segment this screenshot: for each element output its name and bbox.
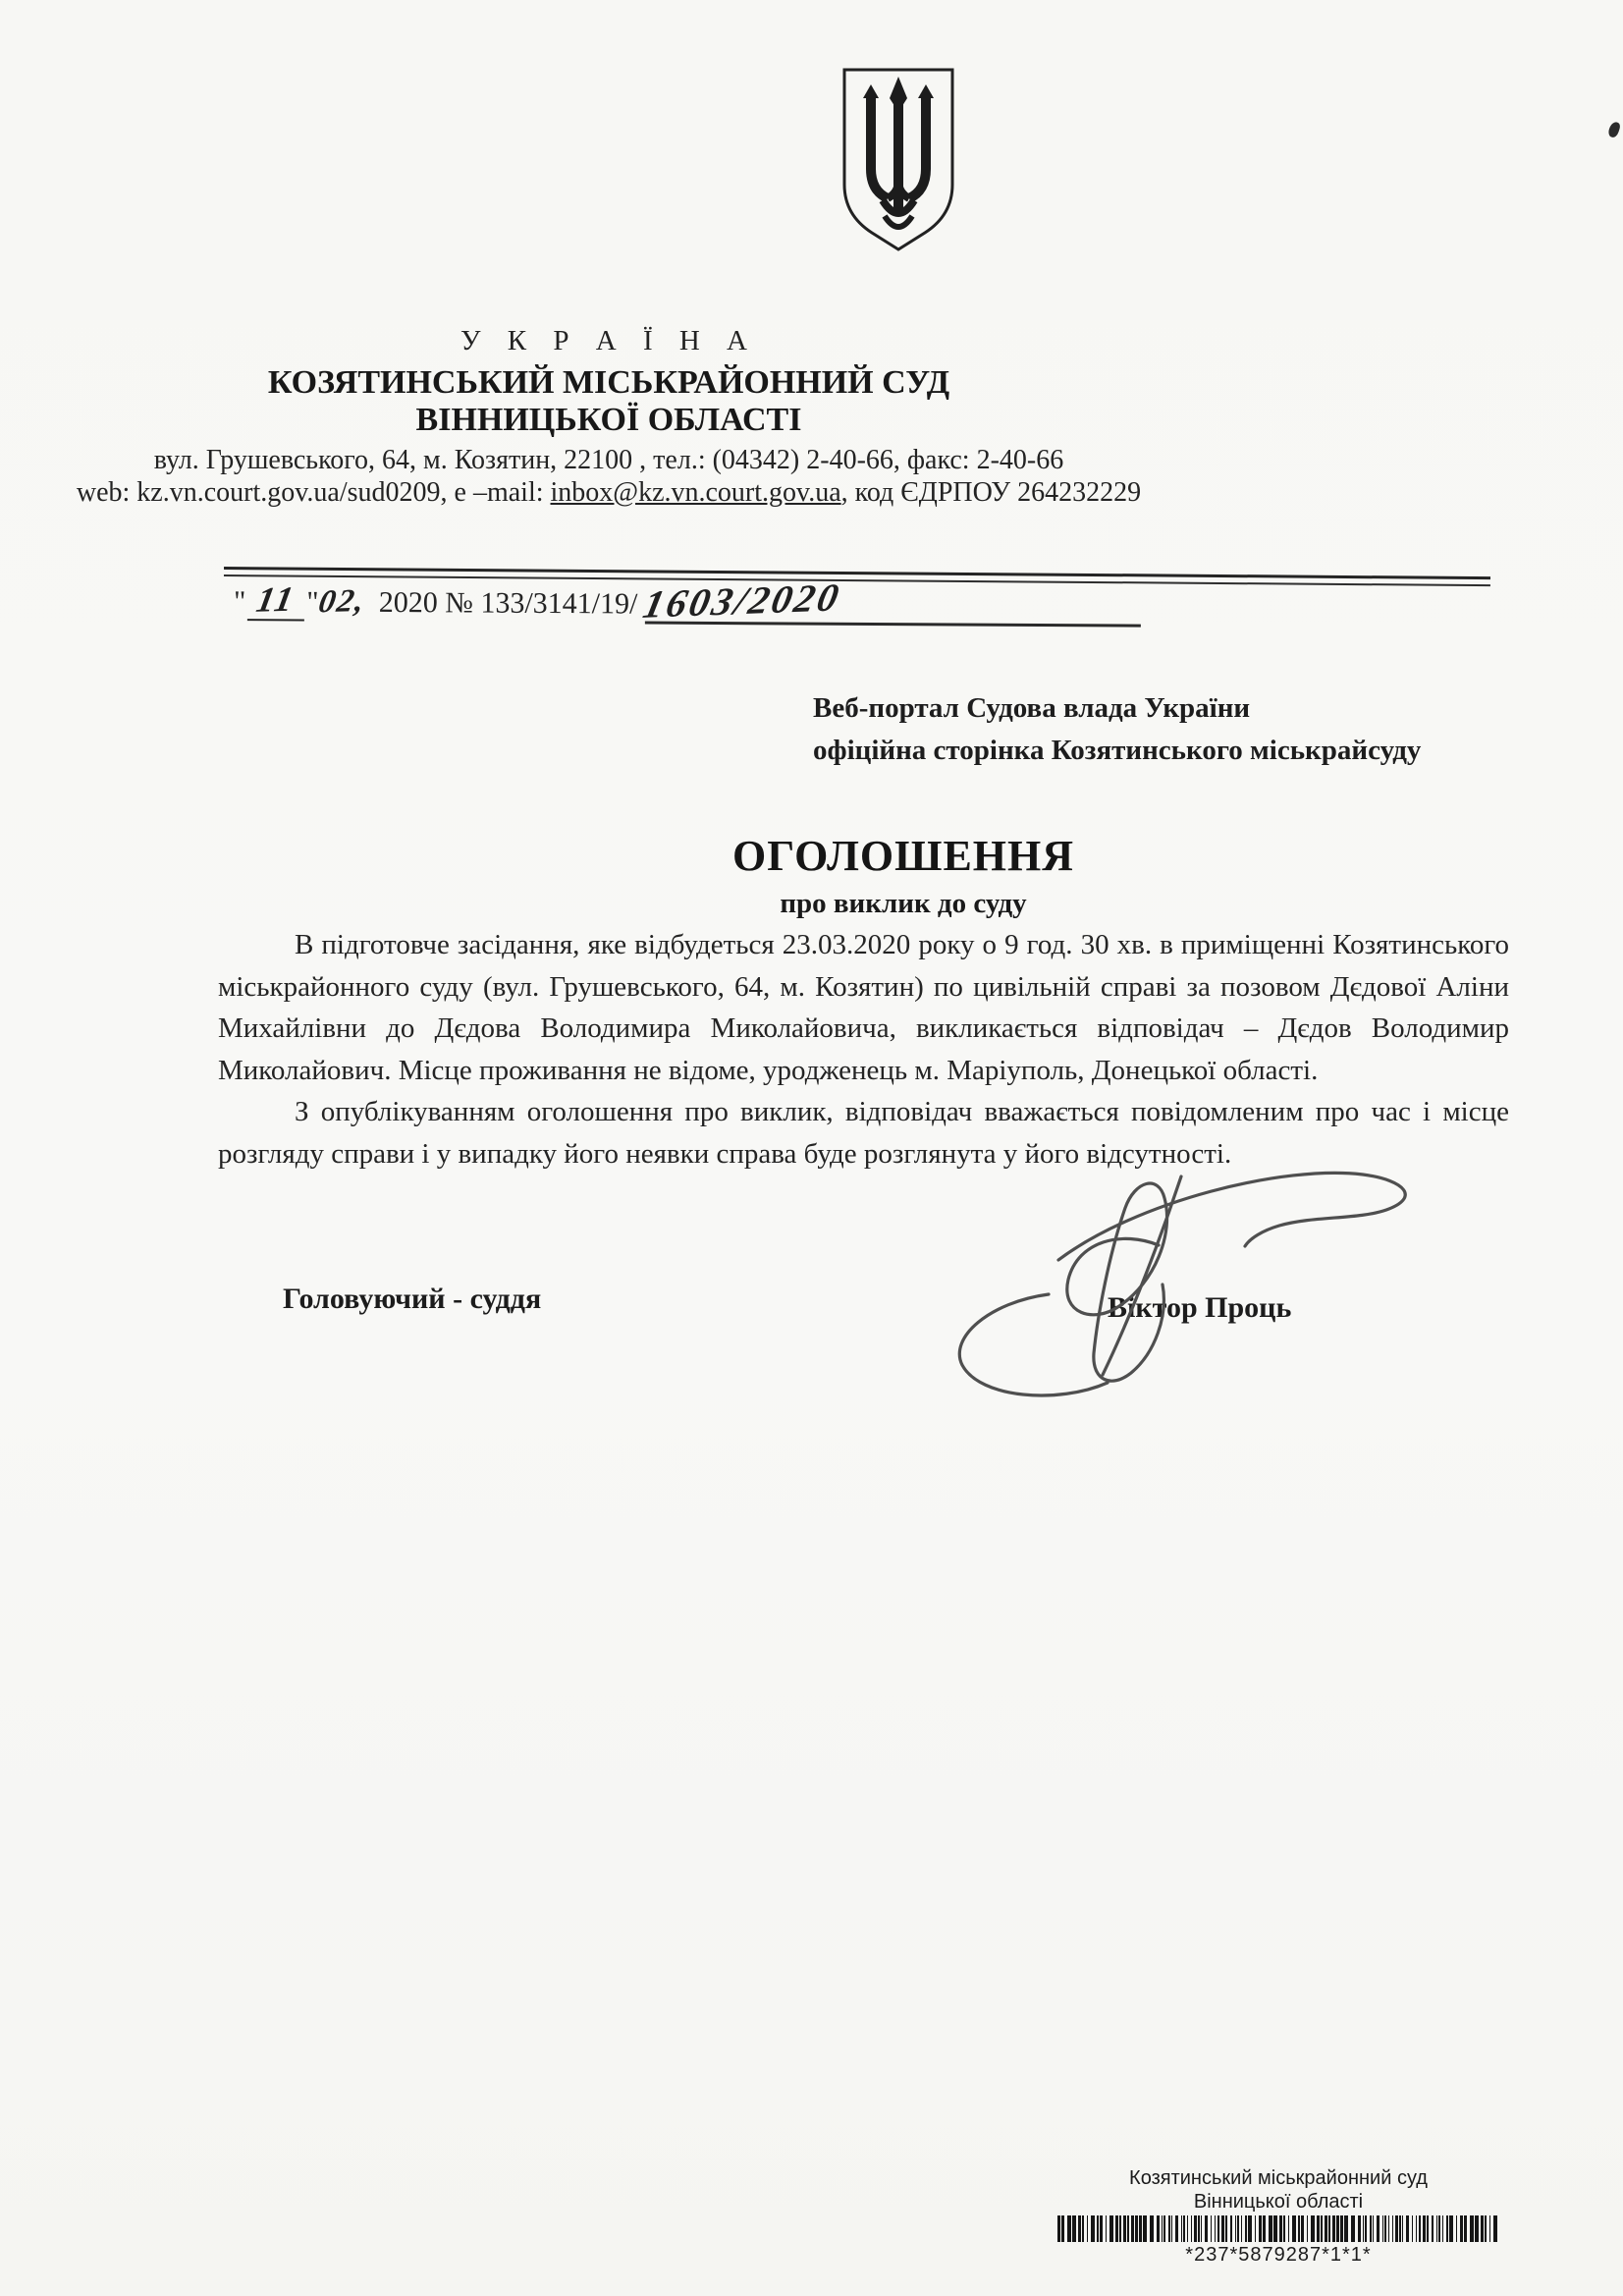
document-number: 2020 № 133/3141/19/ (379, 586, 638, 621)
court-email: inbox@kz.vn.court.gov.ua (551, 477, 841, 508)
announcement-title: ОГОЛОШЕННЯ (255, 831, 1551, 881)
stamp-court-name: Козятинський міськрайонний суд (1033, 2166, 1524, 2190)
signer-role-label: Головуючий - суддя (283, 1283, 541, 1316)
date-number-line: "11"02,2020 № 133/3141/19/1603/2020 (234, 581, 1142, 628)
court-contacts: web: kz.vn.court.gov.ua/sud0209, e –mail… (69, 476, 1149, 509)
addressee-line-2: офіційна сторінка Козятинського міськрай… (813, 730, 1421, 772)
barcode (1056, 2215, 1500, 2242)
judge-signature (901, 1147, 1432, 1412)
addressee-line-1: Веб-портал Судова влада України (813, 687, 1421, 730)
announcement-subtitle: про виклик до суду (255, 888, 1551, 920)
registration-stamp: Козятинський міськрайонний суд Вінницько… (1033, 2166, 1524, 2267)
signature-stroke-icon (901, 1147, 1432, 1412)
court-name: КОЗЯТИНСЬКИЙ МІСЬКРАЙОННИЙ СУД (69, 364, 1149, 402)
country-name: У К Р А Ї Н А (69, 325, 1149, 357)
barcode-code: *237*5879287*1*1* (1033, 2243, 1524, 2267)
letterhead: У К Р А Ї Н А КОЗЯТИНСЬКИЙ МІСЬКРАЙОННИЙ… (69, 325, 1149, 509)
announcement-heading: ОГОЛОШЕННЯ про виклик до суду (255, 831, 1551, 920)
ukraine-trident-icon (838, 65, 959, 259)
court-address: вул. Грушевського, 64, м. Козятин, 22100… (69, 444, 1149, 476)
addressee-block: Веб-портал Судова влада України офіційна… (813, 687, 1421, 772)
handwritten-day: 11 (247, 584, 304, 621)
web-prefix: web: kz.vn.court.gov.ua/sud0209, e –mail… (77, 477, 551, 508)
handwritten-month: 02, (315, 583, 368, 621)
court-region: ВІННИЦЬКОЇ ОБЛАСТІ (69, 402, 1149, 439)
scan-artifact-mark (1607, 121, 1621, 138)
coat-of-arms-emblem (838, 65, 959, 259)
scanned-court-document-page: У К Р А Ї Н А КОЗЯТИНСЬКИЙ МІСЬКРАЙОННИЙ… (0, 0, 1623, 2296)
web-suffix: , код ЄДРПОУ 264232229 (841, 477, 1141, 508)
announcement-body: В підготовче засідання, яке відбудеться … (218, 924, 1509, 1175)
open-quote: " (234, 585, 245, 618)
stamp-court-region: Вінницької області (1033, 2190, 1524, 2214)
body-paragraph-1: В підготовче засідання, яке відбудеться … (218, 924, 1509, 1091)
handwritten-outgoing-number: 1603/2020 (645, 584, 1141, 628)
